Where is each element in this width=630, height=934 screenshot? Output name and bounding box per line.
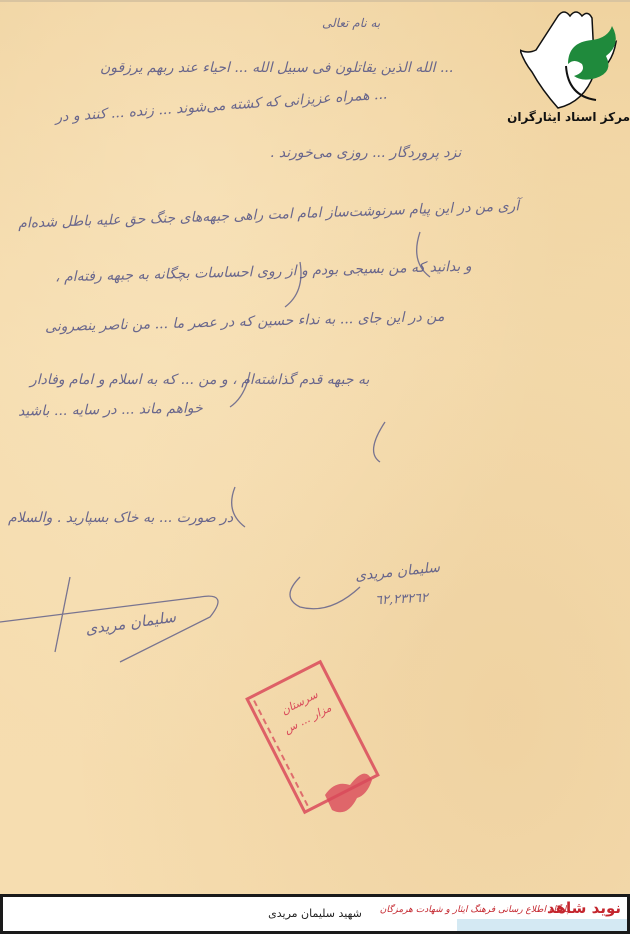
- caption-bar: شهید سلیمان مریدی نوید شاهد پایگاه اطلاع…: [0, 894, 630, 934]
- logo-band: [457, 919, 627, 931]
- navid-shahed-logo: نوید شاهد پایگاه اطلاع رسانی فرهنگ ایثار…: [397, 897, 627, 931]
- logo-caption: مرکز اسناد ایثارگران: [510, 110, 630, 124]
- letter-paper: به نام تعالی ... الله الذین یقاتلون فی س…: [0, 0, 630, 896]
- brand-subtitle: پایگاه اطلاع رسانی فرهنگ ایثار و شهادت ه…: [380, 905, 569, 915]
- signature-number: ٦٢,٢٣٢٦٢: [375, 591, 429, 609]
- stamp-emblem-icon: [320, 760, 375, 820]
